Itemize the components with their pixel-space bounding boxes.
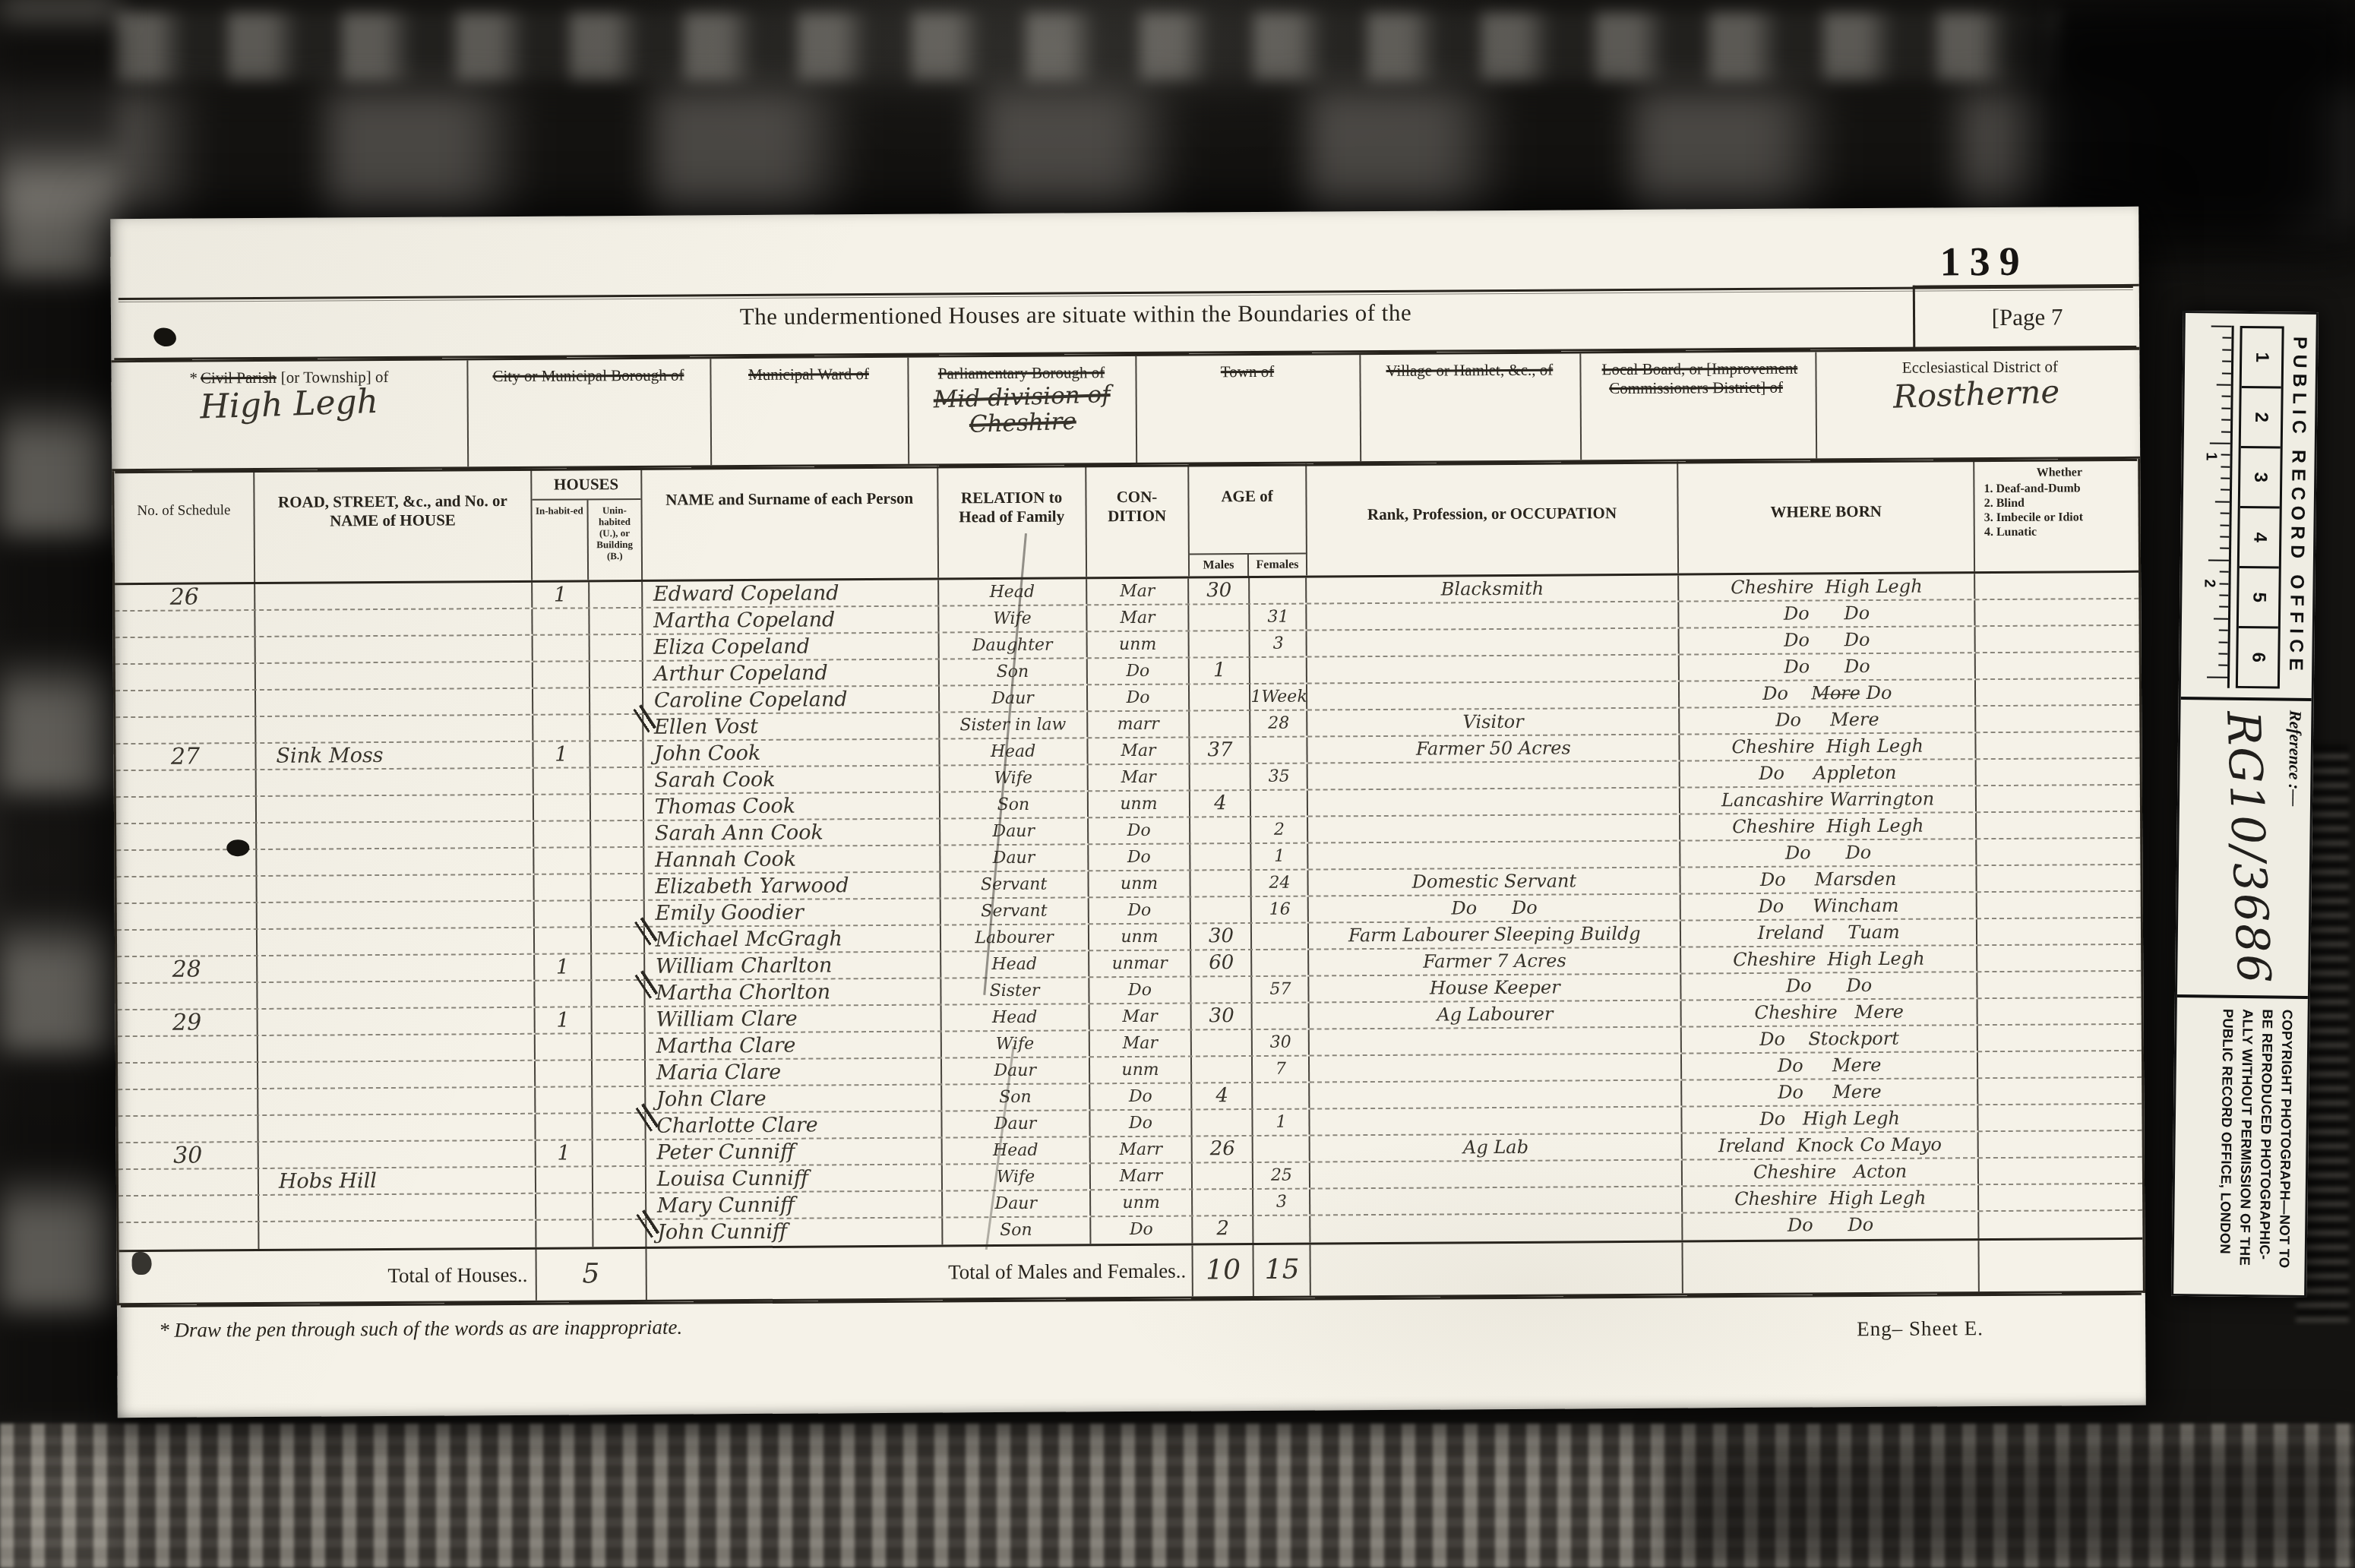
inhabited-cell xyxy=(533,662,590,687)
name-cell: John Cunniff xyxy=(646,1219,943,1247)
condition-cell: unm xyxy=(1088,791,1190,817)
road-cell xyxy=(255,583,533,609)
relation-cell: Wife xyxy=(942,1164,1090,1190)
road-cell xyxy=(258,1061,536,1088)
inhabited-cell xyxy=(536,1087,593,1112)
where-born-cell: Do Do xyxy=(1682,972,1978,999)
occupation-cell: Ag Lab xyxy=(1310,1134,1683,1162)
schedule-cell xyxy=(115,611,255,637)
road-cell xyxy=(256,689,533,716)
header-houses: HOUSES xyxy=(532,468,640,501)
relation-cell: Head xyxy=(941,951,1089,977)
infirmity-cell xyxy=(1978,1051,2142,1077)
age-male-cell: 4 xyxy=(1193,1083,1253,1108)
age-male-cell: 30 xyxy=(1191,924,1252,949)
pro-office-title: PUBLIC RECORD OFFICE xyxy=(2284,315,2311,698)
header-schedule: No. of Schedule xyxy=(114,470,255,583)
ruler-tick xyxy=(2211,325,2232,337)
relation-cell: Head xyxy=(942,1137,1090,1163)
condition-cell: Do xyxy=(1091,1216,1193,1244)
relation-cell: Son xyxy=(943,1217,1091,1244)
condition-cell: unm xyxy=(1090,1057,1193,1083)
inhabited-cell xyxy=(536,1193,593,1219)
road-cell xyxy=(259,1221,536,1249)
road-cell xyxy=(258,928,535,955)
condition-cell: Mar xyxy=(1089,1004,1192,1029)
name-cell: Thomas Cook xyxy=(644,793,940,820)
ruler-tick xyxy=(2217,384,2231,396)
uninhabited-cell xyxy=(591,848,644,873)
total-infirmity-blank xyxy=(1980,1240,2143,1291)
total-occupation-blank xyxy=(1311,1243,1683,1296)
inhabited-cell xyxy=(533,609,590,634)
pro-scale-cell: 1 xyxy=(2242,328,2282,389)
infirmity-cell xyxy=(1977,865,2141,891)
uninhabited-cell xyxy=(592,981,645,1006)
where-born-cell: Cheshire High Legh xyxy=(1683,1185,1979,1212)
copyright-line: PUBLIC RECORD OFFICE, LONDON xyxy=(2214,1009,2238,1289)
age-female-cell: 1Week xyxy=(1250,684,1307,710)
age-female-cell xyxy=(1251,791,1308,816)
road-cell xyxy=(259,1141,536,1168)
inhabited-cell xyxy=(536,1034,593,1059)
age-male-cell xyxy=(1190,711,1251,736)
occupation-cell xyxy=(1309,842,1681,869)
age-female-cell xyxy=(1253,950,1310,975)
schedule-cell xyxy=(115,664,256,690)
header-name: NAME and Surname of each Person xyxy=(642,466,939,580)
infirmity-cell xyxy=(1977,918,2141,944)
geo-value: Rostherne xyxy=(1816,373,2136,416)
ruler-tick xyxy=(2215,501,2230,513)
condition-cell: Do xyxy=(1089,817,1191,843)
header-uninhabited: Unin-habited (U.), or Building (B.) xyxy=(588,500,641,580)
condition-cell: unm xyxy=(1089,924,1191,950)
person-name: Peter Cunniff xyxy=(656,1140,795,1165)
inhabited-cell xyxy=(533,768,590,793)
ruler-tick xyxy=(2220,536,2229,548)
where-born-cell: Do Do xyxy=(1683,1212,1979,1240)
schedule-cell xyxy=(118,1036,258,1062)
occupation-cell xyxy=(1310,1187,1683,1215)
condition-cell: Do xyxy=(1090,1083,1193,1109)
name-cell: Elizabeth Yarwood xyxy=(644,873,940,899)
uninhabited-cell xyxy=(590,715,643,740)
road-cell xyxy=(258,955,535,982)
census-form-paper: 139 The undermentioned Houses are situat… xyxy=(110,207,2146,1418)
ink-blot xyxy=(132,1252,152,1275)
person-name: John Cunniff xyxy=(657,1220,787,1244)
condition-cell: Do xyxy=(1089,844,1191,870)
infirmity-list: 1. Deaf-and-Dumb2. Blind3. Imbecile or I… xyxy=(1984,481,2135,539)
name-cell: Sarah Ann Cook xyxy=(644,820,940,846)
condition-cell: Mar xyxy=(1087,579,1190,605)
pro-scale-cell: 3 xyxy=(2240,448,2281,509)
infirmity-cell xyxy=(1975,573,2138,599)
copyright-line: BE REPRODUCED PHOTOGRAPHIC- xyxy=(2254,1009,2278,1289)
infirmity-item: 3. Imbecile or Idiot xyxy=(1984,510,2135,525)
uninhabited-cell xyxy=(593,1034,646,1059)
age-male-cell xyxy=(1191,844,1252,869)
uninhabited-cell xyxy=(593,1061,646,1086)
road-cell xyxy=(258,1088,536,1114)
reference-label: Reference :— xyxy=(2284,710,2306,807)
road-cell xyxy=(256,636,533,662)
inhabited-cell xyxy=(535,928,592,953)
occupation-cell: Do Do xyxy=(1309,895,1681,922)
where-born-cell: Cheshire High Legh xyxy=(1681,946,1977,972)
name-cell: Peter Cunniff xyxy=(646,1139,942,1165)
relation-cell: Son xyxy=(942,1084,1090,1110)
condition-cell: Mar xyxy=(1087,605,1190,631)
name-cell: Edward Copeland xyxy=(643,580,939,607)
condition-cell: marr xyxy=(1088,711,1190,737)
name-cell: Sarah Cook xyxy=(643,767,940,793)
pro-scale-cells: 123456 xyxy=(2236,326,2284,689)
total-males-value: 10 xyxy=(1193,1245,1254,1296)
road-cell xyxy=(255,609,533,636)
schedule-cell xyxy=(115,717,256,743)
name-cell: Martha Chorlton xyxy=(645,979,941,1006)
schedule-cell xyxy=(116,797,257,823)
person-name: Emily Goodier xyxy=(655,901,803,925)
geo-column: Municipal Ward of xyxy=(711,358,909,466)
geo-column: Ecclesiastical District of Rostherne xyxy=(1816,350,2136,459)
relation-cell: Wife xyxy=(939,605,1087,631)
road-cell xyxy=(257,795,534,822)
age-male-cell: 1 xyxy=(1190,658,1250,683)
infirmity-cell xyxy=(1977,839,2140,865)
age-female-cell: 35 xyxy=(1251,764,1308,789)
occupation-cell xyxy=(1310,1081,1683,1108)
road-cell: Sink Moss xyxy=(256,742,533,769)
name-cell: Michael McGragh xyxy=(645,926,941,953)
occupation-cell xyxy=(1310,1054,1682,1082)
name-cell: William Clare xyxy=(645,1006,941,1032)
age-female-cell: 31 xyxy=(1250,605,1307,630)
where-born-cell: Cheshire Mere xyxy=(1682,999,1978,1026)
schedule-cell xyxy=(119,1222,259,1250)
person-name: Edward Copeland xyxy=(653,581,839,605)
infirmity-cell xyxy=(1977,759,2140,785)
total-houses-value: 5 xyxy=(536,1249,646,1301)
ruler-tick xyxy=(2219,595,2228,607)
ruler-tick xyxy=(2222,349,2231,361)
age-male-cell xyxy=(1190,631,1250,656)
person-name: Louisa Cunniff xyxy=(657,1167,809,1191)
age-male-cell xyxy=(1190,605,1250,630)
where-born-cell: Cheshire Acton xyxy=(1683,1159,1979,1185)
reference-value: RG10/3686 xyxy=(2216,700,2281,996)
occupation-cell: Farmer 7 Acres xyxy=(1310,948,1682,975)
header-age: AGE of xyxy=(1189,464,1306,554)
inhabited-cell: 1 xyxy=(536,1140,593,1165)
where-born-cell: Do Stockport xyxy=(1682,1026,1978,1052)
road-cell xyxy=(259,1194,536,1221)
geo-column: Town of xyxy=(1136,355,1361,463)
infirmity-cell xyxy=(1976,679,2139,705)
schedule-cell xyxy=(118,1116,258,1142)
person-name: Elizabeth Yarwood xyxy=(655,874,849,899)
road-cell xyxy=(258,1035,536,1061)
uninhabited-cell xyxy=(593,1220,646,1247)
person-name: Maria Clare xyxy=(656,1061,781,1085)
person-name: Michael McGragh xyxy=(656,927,842,952)
relation-cell: Son xyxy=(940,792,1088,817)
uninhabited-cell xyxy=(590,582,643,607)
age-female-cell: 28 xyxy=(1251,711,1308,736)
occupation-cell xyxy=(1310,1108,1683,1135)
ruler-tick xyxy=(2221,419,2230,432)
age-female-cell: 57 xyxy=(1253,977,1310,1002)
age-male-cell: 4 xyxy=(1190,791,1251,816)
page-number-box: [Page 7 xyxy=(1913,284,2140,351)
where-born-cell: Cheshire High Legh xyxy=(1680,733,1977,760)
occupation-cell: Visitor xyxy=(1308,709,1680,736)
film-edge-left xyxy=(0,0,118,1568)
name-cell: Louisa Cunniff xyxy=(646,1165,943,1192)
uninhabited-cell xyxy=(590,635,643,660)
inhabited-cell xyxy=(533,715,590,740)
occupation-cell xyxy=(1310,1161,1683,1188)
schedule-cell: 27 xyxy=(115,744,256,770)
infirmity-cell xyxy=(1977,892,2141,918)
name-cell: John Clare xyxy=(646,1086,942,1112)
condition-cell: Do xyxy=(1087,658,1190,684)
person-name: Arthur Copeland xyxy=(654,661,828,685)
name-cell: Caroline Copeland xyxy=(643,687,940,713)
person-name: Martha Clare xyxy=(656,1034,796,1058)
pro-scale-cell: 2 xyxy=(2241,388,2281,449)
public-record-office-label: PUBLIC RECORD OFFICE 123456 12 Reference… xyxy=(2171,311,2319,1298)
road-cell xyxy=(258,1008,536,1035)
occupation-cell xyxy=(1311,1214,1683,1243)
geo-column: *Civil Parish[or Township] of High Legh xyxy=(111,360,469,469)
occupation-cell: Farmer 50 Acres xyxy=(1308,735,1680,763)
header-road: ROAD, STREET, &c., and No. or NAME of HO… xyxy=(254,469,533,582)
relation-cell: Daur xyxy=(940,845,1089,871)
condition-cell: unm xyxy=(1089,871,1191,896)
ruler-tick xyxy=(2207,676,2227,688)
uninhabited-cell xyxy=(593,1114,646,1139)
person-name: John Cook xyxy=(654,741,760,766)
copyright-line: ALLY WITHOUT PERMISSION OF THE xyxy=(2234,1009,2258,1289)
name-cell: Emily Goodier xyxy=(644,899,940,926)
ruler-tick xyxy=(2219,606,2228,618)
copyright-text: COPYRIGHT PHOTOGRAPH—NOT TOBE REPRODUCED… xyxy=(2173,994,2308,1295)
where-born-cell: Ireland Knock Co Mayo xyxy=(1683,1132,1979,1159)
schedule-cell xyxy=(119,1196,259,1222)
person-name: Sarah Cook xyxy=(654,768,775,792)
occupation-cell xyxy=(1307,629,1680,656)
uninhabited-cell xyxy=(593,1167,646,1192)
schedule-cell xyxy=(117,983,258,1009)
occupation-cell: House Keeper xyxy=(1310,975,1682,1002)
name-cell: Martha Clare xyxy=(646,1032,942,1059)
header-whether: Whether xyxy=(1984,465,2135,480)
road-cell xyxy=(257,769,534,795)
header-inhabited: In-habit-ed xyxy=(532,500,589,580)
relation-cell: Daur xyxy=(942,1111,1090,1136)
pro-reference-section: Reference :— RG10/3686 xyxy=(2177,697,2312,996)
age-female-cell: 3 xyxy=(1253,1190,1310,1215)
inhabited-cell: 1 xyxy=(535,954,592,979)
geo-column: Village or Hamlet, &c., of xyxy=(1361,353,1582,461)
condition-cell: unm xyxy=(1091,1190,1193,1216)
uninhabited-cell xyxy=(592,928,645,953)
infirmity-cell xyxy=(1977,972,2141,997)
film-edge-top xyxy=(114,12,2059,82)
where-born-cell: Cheshire High Legh xyxy=(1679,574,1975,600)
occupation-cell xyxy=(1308,815,1680,842)
person-name: Martha Copeland xyxy=(653,608,835,632)
infirmity-item: 4. Lunatic xyxy=(1984,524,2135,539)
ruler-tick xyxy=(2221,466,2230,478)
geo-value: High Legh xyxy=(111,383,467,426)
where-born-cell: Ireland Tuam xyxy=(1681,919,1977,946)
age-female-cell: 24 xyxy=(1252,871,1309,896)
age-male-cell xyxy=(1192,1057,1253,1082)
age-female-cell xyxy=(1253,1136,1310,1162)
inhabited-cell xyxy=(536,1114,593,1139)
pro-ruler: 12 xyxy=(2201,325,2234,688)
age-female-cell: 2 xyxy=(1251,817,1308,842)
ruler-number: 2 xyxy=(2200,579,2217,587)
total-houses-label: Total of Houses.. xyxy=(119,1250,537,1303)
header-where-born: WHERE BORN xyxy=(1678,460,1975,573)
age-male-cell: 30 xyxy=(1192,1004,1253,1029)
infirmity-cell xyxy=(1976,732,2139,758)
infirmity-cell xyxy=(1978,1105,2142,1130)
age-male-cell: 30 xyxy=(1190,578,1250,603)
age-female-cell xyxy=(1253,1004,1310,1029)
pro-scale-cell: 5 xyxy=(2239,568,2279,629)
relation-cell: Wife xyxy=(941,1031,1089,1057)
schedule-cell: 30 xyxy=(119,1143,259,1168)
census-table: No. of Schedule ROAD, STREET, &c., and N… xyxy=(112,459,2145,1305)
inhabited-cell xyxy=(536,1061,593,1086)
condition-cell: Marr xyxy=(1090,1136,1193,1162)
age-female-cell xyxy=(1250,578,1307,603)
geo-label: Local Board, or [Improvement Commissione… xyxy=(1581,352,1815,398)
header-occupation: Rank, Profession, or OCCUPATION xyxy=(1307,462,1680,576)
name-cell: William Charlton xyxy=(645,953,941,979)
uninhabited-cell xyxy=(591,795,644,820)
infirmity-cell xyxy=(1976,653,2139,678)
ruler-number: 1 xyxy=(2202,452,2220,460)
ruler-tick xyxy=(2221,478,2230,490)
occupation-cell: Farm Labourer Sleeping Buildg xyxy=(1309,922,1681,949)
inhabited-cell xyxy=(536,1220,593,1247)
geo-value: Mid division of Cheshire xyxy=(909,381,1136,440)
infirmity-cell xyxy=(1979,1184,2142,1210)
where-born-cell: Do Marsden xyxy=(1681,866,1977,893)
where-born-cell: Do Do xyxy=(1680,600,1976,627)
uninhabited-cell xyxy=(591,821,644,846)
infirmity-cell xyxy=(1978,1078,2142,1104)
pro-scale-section: PUBLIC RECORD OFFICE 123456 12 xyxy=(2181,313,2316,698)
age-male-cell: 37 xyxy=(1190,738,1251,763)
age-female-cell: 1 xyxy=(1253,1110,1310,1135)
road-cell xyxy=(256,716,533,742)
ruler-tick xyxy=(2222,372,2231,384)
geo-label: Ecclesiastical District of xyxy=(1816,350,2135,378)
condition-cell: Do xyxy=(1089,977,1192,1003)
footnote: * Draw the pen through such of the words… xyxy=(159,1316,682,1342)
scanned-census-page: 139 The undermentioned Houses are situat… xyxy=(0,0,2355,1568)
geo-label: Municipal Ward of xyxy=(711,358,907,385)
where-born-cell: Do Do xyxy=(1680,839,1977,866)
age-male-cell: 60 xyxy=(1192,950,1253,975)
person-name: John Clare xyxy=(656,1087,767,1111)
ruler-tick xyxy=(2219,630,2228,642)
name-cell: Mary Cunniff xyxy=(646,1192,943,1219)
name-cell: Maria Clare xyxy=(646,1059,942,1086)
inhabited-cell xyxy=(533,635,590,660)
age-female-cell: 25 xyxy=(1253,1163,1310,1188)
header-males: Males xyxy=(1189,555,1249,576)
condition-cell: Mar xyxy=(1088,764,1190,790)
where-born-cell: Do Mere xyxy=(1682,1052,1978,1079)
age-male-cell xyxy=(1191,897,1252,922)
person-name: Eliza Copeland xyxy=(653,635,810,659)
infirmity-cell xyxy=(1977,786,2140,811)
condition-cell: Do xyxy=(1087,684,1190,710)
infirmity-cell xyxy=(1978,1025,2142,1051)
pro-scale-cell: 4 xyxy=(2240,508,2280,569)
film-shadow-bottom-right xyxy=(1671,1439,2355,1568)
name-cell: Ellen Vost xyxy=(643,713,940,740)
schedule-cell xyxy=(117,903,258,929)
inhabited-cell: 1 xyxy=(533,741,590,767)
schedule-cell xyxy=(115,637,256,663)
schedule-cell: 26 xyxy=(115,584,255,610)
ruler-tick xyxy=(2218,653,2227,665)
header-relation: RELATION to Head of Family xyxy=(938,465,1087,577)
inhabited-cell: 1 xyxy=(533,582,590,607)
ruler-tick xyxy=(2222,361,2231,373)
age-male-cell xyxy=(1193,1190,1254,1215)
condition-cell: Mar xyxy=(1089,1030,1192,1056)
occupation-cell xyxy=(1310,1028,1682,1055)
age-female-cell: 16 xyxy=(1252,897,1309,922)
ruler-tick xyxy=(2221,431,2230,443)
where-born-cell: Do M̶o̶r̶e̶ Do xyxy=(1680,680,1976,707)
uninhabited-cell xyxy=(591,874,644,899)
ruler-tick xyxy=(2208,559,2229,571)
geo-label: Parliamentary Borough of xyxy=(909,356,1135,384)
schedule-cell xyxy=(117,930,258,956)
occupation-cell xyxy=(1307,682,1680,710)
relation-cell: Sister xyxy=(941,978,1089,1004)
person-name: William Clare xyxy=(656,1007,798,1032)
census-rows: 26 1 Edward Copeland Head Mar 30 Blacksm… xyxy=(115,573,2142,1250)
schedule-cell xyxy=(116,770,257,796)
age-female-cell xyxy=(1250,658,1307,683)
condition-cell: unm xyxy=(1087,632,1190,658)
schedule-cell xyxy=(117,877,258,903)
ruler-tick xyxy=(2214,618,2228,630)
condition-cell: Marr xyxy=(1090,1163,1193,1189)
age-female-cell xyxy=(1253,1083,1310,1108)
header-infirmity: Whether 1. Deaf-and-Dumb2. Blind3. Imbec… xyxy=(1974,459,2138,571)
inhabited-cell xyxy=(535,981,592,1006)
inhabited-cell xyxy=(534,848,591,873)
infirmity-cell xyxy=(1978,998,2142,1024)
geo-label: Town of xyxy=(1136,355,1359,382)
relation-cell: Head xyxy=(941,1004,1089,1030)
age-male-cell xyxy=(1191,817,1252,842)
